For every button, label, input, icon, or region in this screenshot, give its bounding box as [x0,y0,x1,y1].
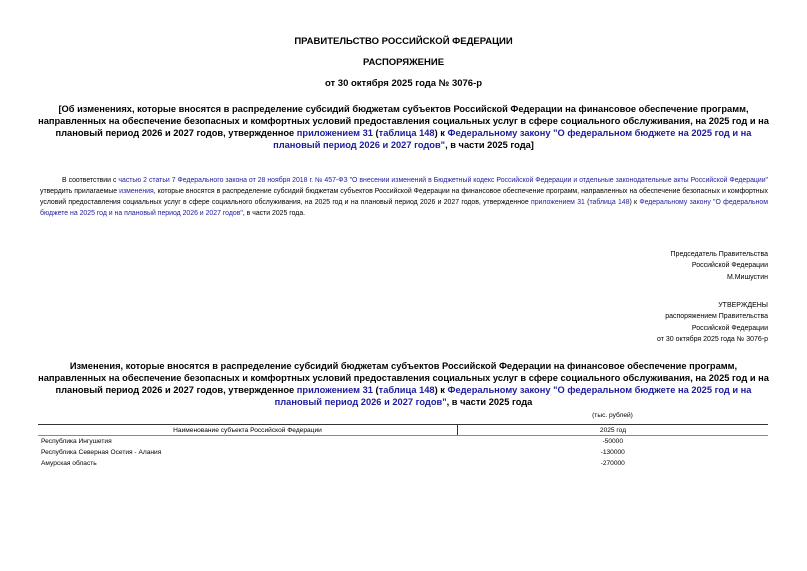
document-title: [Об изменениях, которые вносятся в распр… [37,103,770,151]
table-row: Амурская область -270000 [38,458,768,469]
document-date-number: от 30 октября 2025 года № 3076-р [0,78,807,89]
body-text: ) к [629,199,639,206]
amount-cell: -50000 [458,436,769,448]
document-type: РАСПОРЯЖЕНИЕ [0,57,807,68]
annex-31-link[interactable]: приложением 31 [297,385,373,395]
annex-title: Изменения, которые вносятся в распределе… [37,360,770,408]
title-text: , в части 2025 года] [445,140,534,150]
body-text: , в части 2025 года. [243,210,305,217]
column-header-region: Наименование субъекта Российской Федерац… [38,425,458,436]
table-148-link[interactable]: таблица 148 [589,199,629,206]
table-148-link[interactable]: таблица 148 [379,128,435,138]
table-row: Республика Северная Осетия - Алания -130… [38,447,768,458]
government-heading: ПРАВИТЕЛЬСТВО РОССИЙСКОЙ ФЕДЕРАЦИИ [0,36,807,47]
annex-31-link[interactable]: приложением 31 [297,128,373,138]
changes-link[interactable]: изменения [119,188,154,195]
body-text: В соответствии с [62,177,118,184]
approved-label: УТВЕРЖДЕНЫ [657,300,768,311]
amount-cell: -270000 [458,458,769,469]
title-text: ) к [435,128,448,138]
annex-title-text: ) к [435,385,448,395]
region-cell: Республика Ингушетия [38,436,458,448]
region-cell: Амурская область [38,458,458,469]
signature-block: Председатель Правительства Российской Фе… [671,249,768,283]
region-cell: Республика Северная Осетия - Алания [38,447,458,458]
body-text: утвердить прилагаемые [40,188,119,195]
column-header-year: 2025 год [458,425,769,436]
signer-org: Российской Федерации [671,260,768,271]
approved-date: от 30 октября 2025 года № 3076-р [657,334,768,345]
subsidy-table: Наименование субъекта Российской Федерац… [38,424,768,469]
body-paragraph: В соответствии с частью 2 статьи 7 Федер… [40,175,768,219]
annex-title-text: , в части 2025 года [447,397,533,407]
signer-position: Председатель Правительства [671,249,768,260]
signer-name: М.Мишустин [671,272,768,283]
annex-31-link[interactable]: приложением 31 [531,199,585,206]
approval-stamp: УТВЕРЖДЕНЫ распоряжением Правительства Р… [657,300,768,346]
table-148-link[interactable]: таблица 148 [379,385,435,395]
units-label: (тыс. рублей) [457,412,768,419]
approved-by: распоряжением Правительства [657,311,768,322]
law-457-link[interactable]: частью 2 статьи 7 Федерального закона от… [118,177,768,184]
table-header-row: Наименование субъекта Российской Федерац… [38,425,768,436]
table-row: Республика Ингушетия -50000 [38,436,768,448]
approved-org: Российской Федерации [657,323,768,334]
amount-cell: -130000 [458,447,769,458]
